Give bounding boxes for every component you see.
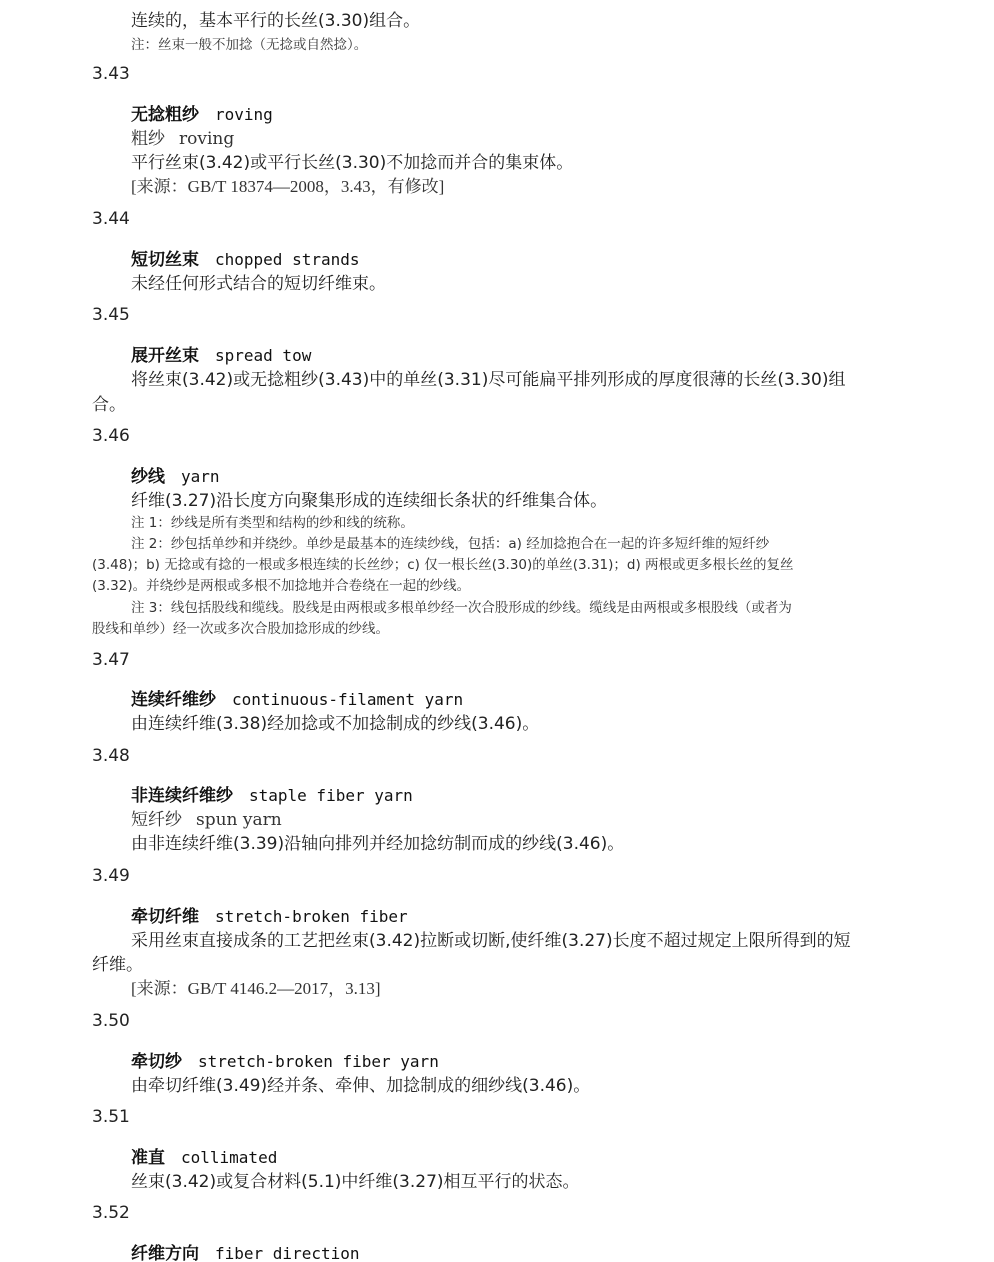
entry-number-3-47: 3.47 [92, 650, 130, 670]
term-zh: 无捻粗纱 [131, 105, 199, 125]
entry-number-3-44: 3.44 [92, 209, 130, 229]
alt-term-3-48: 短纤纱spun yarn [131, 805, 282, 830]
term-3-52: 纤维方向fiber direction [131, 1239, 360, 1262]
term-en: continuous-filament yarn [232, 690, 463, 709]
definition-tail-3-42: 连续的，基本平行的长丝(3.30)组合。 [131, 6, 420, 31]
definition-3-44: 未经任何形式结合的短切纤维束。 [131, 269, 386, 294]
term-3-45: 展开丝束spread tow [131, 341, 311, 366]
term-en: spread tow [215, 346, 311, 365]
note3-3-46-line2: 股线和单纱）经一次或多次合股加捻形成的纱线。 [92, 617, 389, 637]
term-3-48: 非连续纤维纱staple fiber yarn [131, 781, 413, 806]
alt-term-zh: 短纤纱 [131, 810, 182, 830]
term-en: fiber direction [215, 1244, 360, 1262]
term-3-49: 牵切纤维stretch-broken fiber [131, 902, 408, 927]
source-3-43: [来源：GB/T 18374—2008，3.43，有修改] [131, 172, 444, 197]
term-3-44: 短切丝束chopped strands [131, 245, 360, 270]
term-zh: 牵切纱 [131, 1052, 182, 1072]
definition-3-50: 由牵切纤维(3.49)经并条、牵伸、加捻制成的细纱线(3.46)。 [131, 1071, 590, 1096]
term-en: stretch-broken fiber [215, 907, 408, 926]
definition-3-45-line1: 将丝束(3.42)或无捻粗纱(3.43)中的单丝(3.31)尽可能扁平排列形成的… [131, 365, 845, 390]
definition-3-45-line2: 合。 [92, 390, 126, 415]
term-3-50: 牵切纱stretch-broken fiber yarn [131, 1047, 439, 1072]
definition-3-51: 丝束(3.42)或复合材料(5.1)中纤维(3.27)相互平行的状态。 [131, 1167, 580, 1192]
term-zh: 连续纤维纱 [131, 690, 216, 710]
entry-number-3-50: 3.50 [92, 1011, 130, 1031]
definition-3-49-line1: 采用丝束直接成条的工艺把丝束(3.42)拉断或切断,使纤维(3.27)长度不超过… [131, 926, 851, 951]
entry-number-3-52: 3.52 [92, 1203, 130, 1223]
term-en: chopped strands [215, 250, 360, 269]
term-zh: 牵切纤维 [131, 907, 199, 927]
note2-3-46-line3: (3.32)。并绕纱是两根或多根不加捻地并合卷绕在一起的纱线。 [92, 574, 470, 594]
term-en: yarn [181, 467, 220, 486]
term-3-46: 纱线yarn [131, 462, 220, 487]
term-zh: 纱线 [131, 467, 165, 487]
entry-number-3-51: 3.51 [92, 1107, 130, 1127]
term-3-51: 准直collimated [131, 1143, 277, 1168]
term-zh: 纤维方向 [131, 1244, 199, 1262]
term-en: stretch-broken fiber yarn [198, 1052, 439, 1071]
note3-3-46-line1: 注 3：线包括股线和缆线。股线是由两根或多根单纱经一次合股形成的纱线。缆线是由两… [131, 596, 792, 616]
note1-3-46: 注 1：纱线是所有类型和结构的纱和线的统称。 [131, 511, 414, 531]
entry-number-3-48: 3.48 [92, 746, 130, 766]
term-en: roving [215, 105, 273, 124]
standard-document-page: 连续的，基本平行的长丝(3.30)组合。 注：丝束一般不加捻（无捻或自然捻）。 … [0, 0, 994, 1262]
entry-number-3-43: 3.43 [92, 64, 130, 84]
alt-term-en: spun yarn [196, 810, 282, 830]
note-3-42: 注：丝束一般不加捻（无捻或自然捻）。 [131, 33, 367, 53]
term-en: collimated [181, 1148, 277, 1167]
definition-3-48: 由非连续纤维(3.39)沿轴向排列并经加捻纺制而成的纱线(3.46)。 [131, 829, 624, 854]
definition-3-47: 由连续纤维(3.38)经加捻或不加捻制成的纱线(3.46)。 [131, 709, 539, 734]
term-zh: 非连续纤维纱 [131, 786, 233, 806]
term-zh: 准直 [131, 1148, 165, 1168]
term-3-43: 无捻粗纱roving [131, 100, 273, 125]
term-en: staple fiber yarn [249, 786, 413, 805]
entry-number-3-46: 3.46 [92, 426, 130, 446]
term-zh: 短切丝束 [131, 250, 199, 270]
note2-3-46-line2: (3.48)；b) 无捻或有捻的一根或多根连续的长丝纱；c) 仅一根长丝(3.3… [92, 553, 794, 573]
term-3-47: 连续纤维纱continuous-filament yarn [131, 685, 463, 710]
definition-3-43: 平行丝束(3.42)或平行长丝(3.30)不加捻而并合的集束体。 [131, 148, 573, 173]
entry-number-3-49: 3.49 [92, 866, 130, 886]
definition-3-46: 纤维(3.27)沿长度方向聚集形成的连续细长条状的纤维集合体。 [131, 486, 607, 511]
source-3-49: [来源：GB/T 4146.2—2017，3.13] [131, 974, 381, 999]
alt-term-zh: 粗纱 [131, 129, 165, 149]
alt-term-en: roving [179, 129, 234, 149]
definition-3-49-line2: 纤维。 [92, 950, 143, 975]
alt-term-3-43: 粗纱roving [131, 124, 234, 149]
entry-number-3-45: 3.45 [92, 305, 130, 325]
note2-3-46-line1: 注 2：纱包括单纱和并绕纱。单纱是最基本的连续纱线，包括：a) 经加捻抱合在一起… [131, 532, 769, 552]
term-zh: 展开丝束 [131, 346, 199, 366]
